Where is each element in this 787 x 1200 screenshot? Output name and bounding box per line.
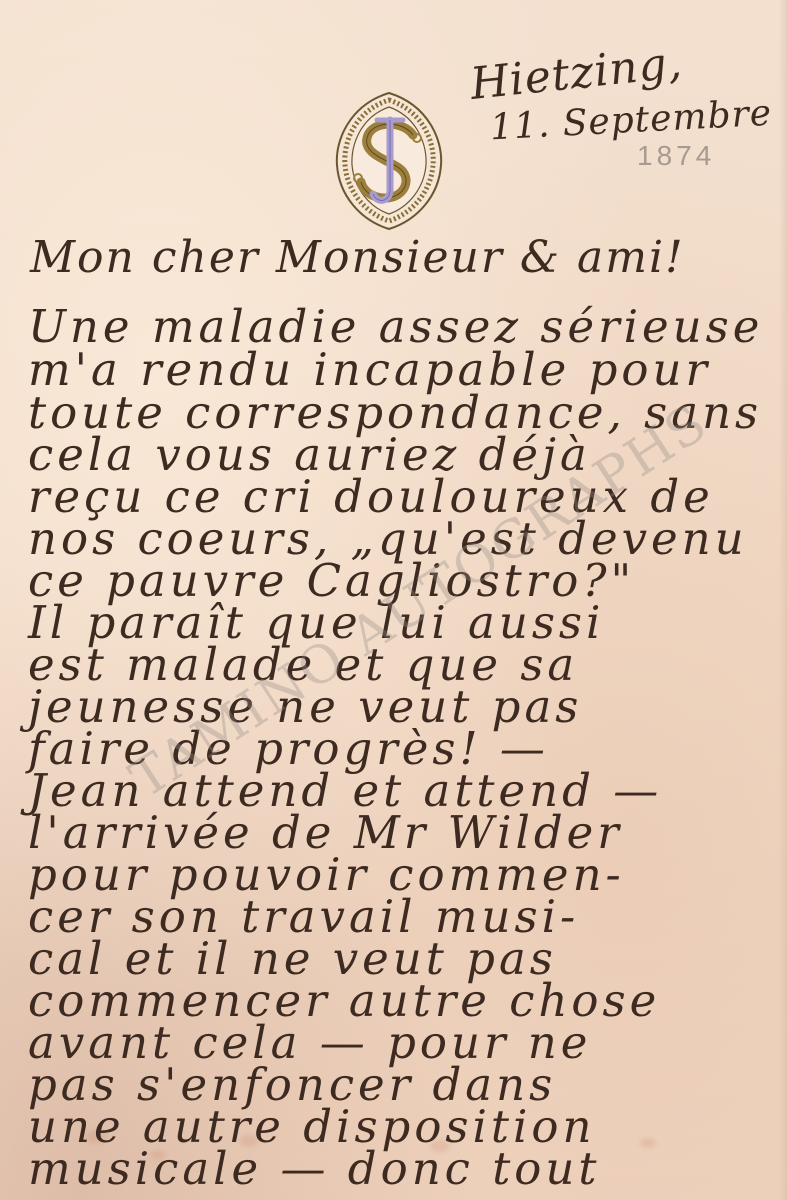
pencil-year-annotation: 1874 xyxy=(637,140,715,172)
body-line: musicale — donc tout xyxy=(28,1142,600,1195)
paper-edge xyxy=(779,0,787,1200)
age-spot xyxy=(640,1138,656,1148)
letter-page: Hietzing, 11. Septembre 1874 Mon cher Mo… xyxy=(0,0,787,1200)
salutation: Mon cher Monsieur & ami! xyxy=(30,232,685,283)
monogram-emblem-icon xyxy=(333,90,445,232)
